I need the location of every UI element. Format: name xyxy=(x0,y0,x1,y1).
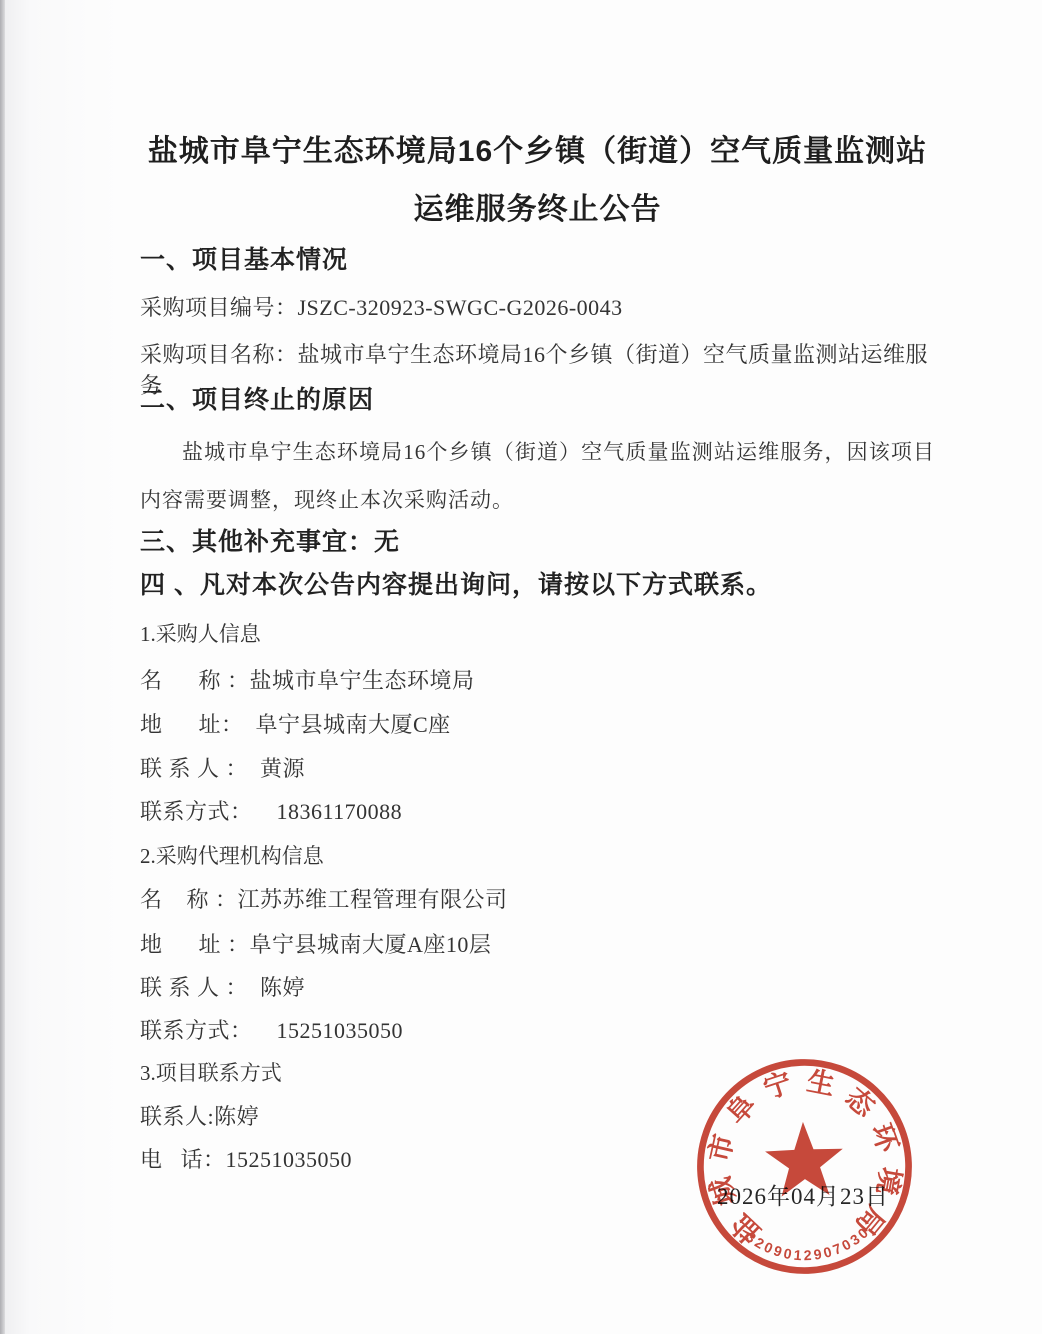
project-phone-line: 电 话：15251035050 xyxy=(140,1143,352,1174)
purchaser-heading: 1.采购人信息 xyxy=(140,618,261,648)
project-contact-heading: 3.项目联系方式 xyxy=(140,1057,282,1087)
project-number-line: 采购项目编号：JSZC-320923-SWGC-G2026-0043 xyxy=(140,291,623,322)
purchaser-address-line: 地 址： 阜宁县城南大厦C座 xyxy=(140,708,451,739)
agency-address-line: 地 址 ：阜宁县城南大厦A座10层 xyxy=(140,928,491,959)
document-title-line1: 盐城市阜宁生态环境局16个乡镇（街道）空气质量监测站 xyxy=(100,126,975,170)
purchaser-contact-line: 联 系 人 ： 黄源 xyxy=(140,752,305,783)
document-title-line2: 运维服务终止公告 xyxy=(100,184,975,228)
section-2-paragraph: 盐城市阜宁生态环境局16个乡镇（街道）空气质量监测站运维服务，因该项目内容需要调… xyxy=(140,428,935,524)
agency-heading: 2.采购代理机构信息 xyxy=(140,840,324,870)
section-4-heading: 四 、凡对本次公告内容提出询问，请按以下方式联系。 xyxy=(140,565,772,601)
section-2-heading: 二、项目终止的原因 xyxy=(140,380,374,416)
document-page: 盐城市阜宁生态环境局16个乡镇（街道）空气质量监测站 运维服务终止公告 一、项目… xyxy=(0,0,1042,1334)
page-left-edge xyxy=(0,0,5,1334)
purchaser-phone-line: 联系方式： 18361170088 xyxy=(140,795,402,826)
project-contact-line: 联系人:陈婷 xyxy=(140,1100,259,1131)
purchaser-name-line: 名 称 ：盐城市阜宁生态环境局 xyxy=(140,664,475,695)
section-1-heading: 一、项目基本情况 xyxy=(140,240,348,276)
agency-name-line: 名 称 ：江苏苏维工程管理有限公司 xyxy=(140,883,508,914)
section-3-heading: 三、其他补充事宜：无 xyxy=(140,522,400,558)
star-icon xyxy=(764,1121,844,1198)
agency-phone-line: 联系方式： 15251035050 xyxy=(140,1014,403,1045)
official-seal: 盐城市阜宁生态环境局 3209012907030 xyxy=(689,1051,920,1282)
agency-contact-line: 联 系 人 ： 陈婷 xyxy=(140,971,305,1002)
